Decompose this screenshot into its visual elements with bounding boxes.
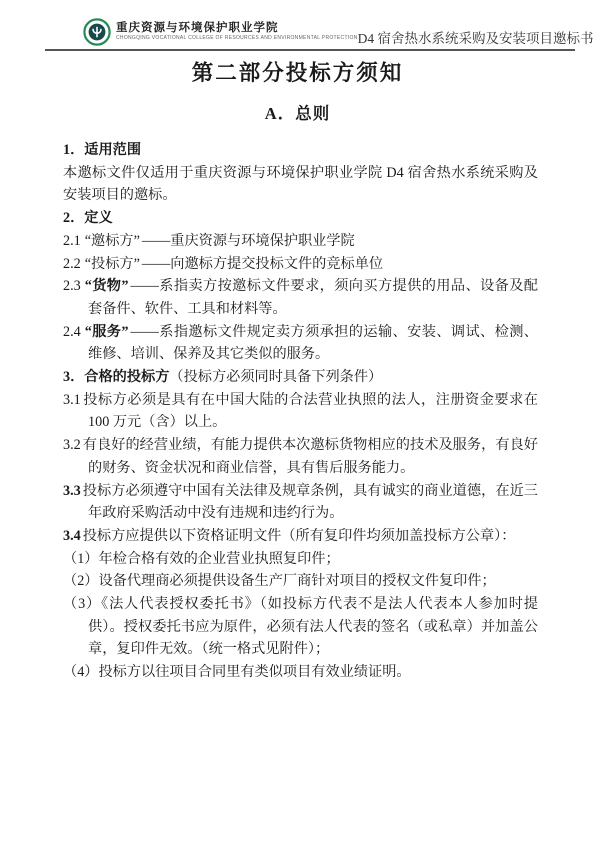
- college-logo: 重庆资源与环境保护职业学院 CHONGQING VOCATIONAL COLLE…: [83, 18, 358, 49]
- item-number: 3.3: [63, 483, 81, 499]
- requirement-item-3-3: 3.3投标方必须遵守中国有关法律及规章条例，具有诚实的商业道德，在近三年政府采购…: [63, 480, 538, 525]
- section-a-title: A．总则: [0, 102, 595, 126]
- document-body: 1．适用范围 本邀标文件仅适用于重庆资源与环境保护职业学院 D4 宿舍热水系统采…: [63, 139, 538, 684]
- item-number: 3.4: [63, 528, 81, 544]
- item-text: ——系指邀标文件规定卖方须承担的运输、安装、调试、检测、维修、培训、保养及其它类…: [88, 324, 538, 363]
- section-3-heading: 3．合格的投标方（投标方必须同时具备下列条件）: [63, 366, 538, 389]
- document-page: 重庆资源与环境保护职业学院 CHONGQING VOCATIONAL COLLE…: [0, 0, 595, 841]
- item-number: 3.1: [63, 392, 81, 408]
- section-1-heading: 1．适用范围: [63, 139, 538, 162]
- item-text: ——重庆资源与环境保护职业学院: [142, 233, 355, 249]
- header-doc-title: D4 宿舍热水系统采购及安装项目邀标书: [358, 27, 594, 49]
- qualification-subitem-4: （4）投标方以往项目合同里有类似项目有效业绩证明。: [63, 661, 538, 684]
- item-text: 有良好的经营业绩，有能力提供本次邀标货物相应的技术及服务，有良好的财务、资金状况…: [83, 437, 538, 476]
- college-name-en: CHONGQING VOCATIONAL COLLEGE OF RESOURCE…: [116, 35, 358, 42]
- item-text: ——向邀标方提交投标文件的竞标单位: [142, 256, 383, 272]
- definition-item-2-1: 2.1“邀标方”——重庆资源与环境保护职业学院: [63, 230, 538, 253]
- item-number: 2.2: [63, 256, 81, 272]
- page-title: 第二部分投标方须知: [0, 58, 595, 88]
- requirement-item-3-1: 3.1投标方必须是具有在中国大陆的合法营业执照的法人，注册资金要求在 100 万…: [63, 389, 538, 434]
- item-number: 3.2: [63, 437, 81, 453]
- item-number: 2.3: [63, 278, 81, 294]
- requirement-item-3-4: 3.4投标方应提供以下资格证明文件（所有复印件均须加盖投标方公章）：: [63, 525, 538, 548]
- section-3-heading-text: 3．合格的投标方: [63, 369, 169, 385]
- requirement-item-3-2: 3.2有良好的经营业绩，有能力提供本次邀标货物相应的技术及服务，有良好的财务、资…: [63, 434, 538, 479]
- item-number: 2.4: [63, 324, 81, 340]
- college-name-cn: 重庆资源与环境保护职业学院: [116, 22, 358, 35]
- qualification-subitem-2: （2）设备代理商必须提供设备生产厂商针对项目的授权文件复印件；: [63, 570, 538, 593]
- defined-term: “服务”: [85, 324, 129, 340]
- definition-item-2-3: 2.3“货物”——系指卖方按邀标文件要求，须向买方提供的用品、设备及配套备件、软…: [63, 275, 538, 320]
- section-3-heading-note: （投标方必须同时具备下列条件）: [169, 369, 382, 385]
- item-number: 2.1: [63, 233, 81, 249]
- item-text: 投标方必须遵守中国有关法律及规章条例，具有诚实的商业道德，在近三年政府采购活动中…: [83, 483, 538, 522]
- qualification-subitem-3: （3）《法人代表授权委托书》（如投标方代表不是法人代表本人参加时提供）。授权委托…: [63, 593, 538, 661]
- item-text: ——系指卖方按邀标文件要求，须向买方提供的用品、设备及配套备件、软件、工具和材料…: [88, 278, 538, 317]
- qualification-subitem-1: （1）年检合格有效的企业营业执照复印件；: [63, 548, 538, 571]
- defined-term: “邀标方”: [85, 233, 140, 249]
- section-1-paragraph: 本邀标文件仅适用于重庆资源与环境保护职业学院 D4 宿舍热水系统采购及安装项目的…: [63, 162, 538, 207]
- college-name-block: 重庆资源与环境保护职业学院 CHONGQING VOCATIONAL COLLE…: [116, 22, 358, 42]
- defined-term: “货物”: [85, 278, 129, 294]
- section-2-heading: 2．定义: [63, 207, 538, 230]
- defined-term: “投标方”: [85, 256, 140, 272]
- definition-item-2-4: 2.4“服务”——系指邀标文件规定卖方须承担的运输、安装、调试、检测、维修、培训…: [63, 321, 538, 366]
- item-text: 投标方应提供以下资格证明文件（所有复印件均须加盖投标方公章）：: [83, 528, 516, 544]
- item-text: 投标方必须是具有在中国大陆的合法营业执照的法人，注册资金要求在 100 万元（含…: [83, 392, 538, 431]
- page-header: 重庆资源与环境保护职业学院 CHONGQING VOCATIONAL COLLE…: [45, 0, 575, 51]
- definition-item-2-2: 2.2“投标方”——向邀标方提交投标文件的竞标单位: [63, 253, 538, 276]
- college-emblem-icon: [83, 18, 111, 46]
